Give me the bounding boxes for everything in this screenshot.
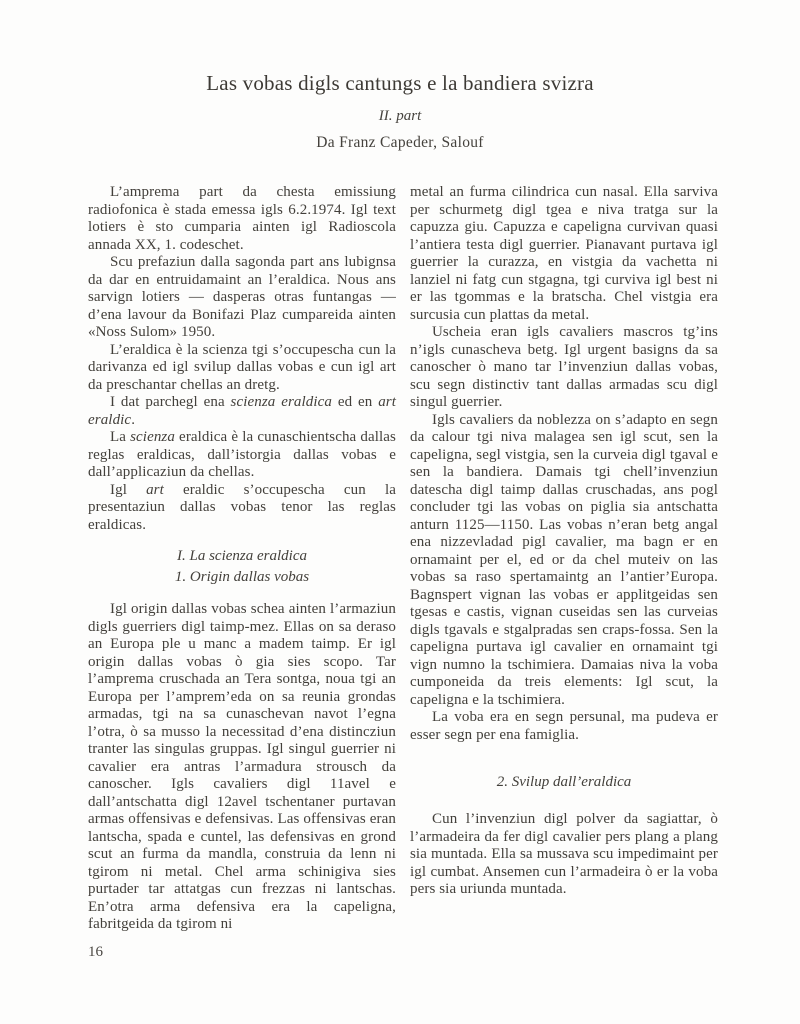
section-heading: 2. Svilup dall’eraldica [410, 773, 718, 792]
paragraph: I dat parchegl ena scienza eraldica ed e… [88, 394, 396, 429]
paragraph: L’eraldica è la scienza tgi s’occupescha… [88, 342, 396, 395]
paragraph: Igls cavaliers da noblezza on s’adapto e… [410, 412, 718, 710]
paragraph: La voba era en segn persunal, ma pudeva … [410, 709, 718, 744]
document-page: Las vobas digls cantungs e la bandiera s… [0, 0, 800, 1024]
right-column: metal an furma cilindrica cun nasal. Ell… [410, 184, 718, 934]
section-heading: I. La scienza eraldica [88, 547, 396, 566]
paragraph: Cun l’invenziun digl polver da sagiattar… [410, 811, 718, 899]
paragraph: Uscheia eran igls cavaliers mascros tg’i… [410, 324, 718, 412]
left-column: L’amprema part da chesta emissiung radio… [88, 184, 396, 934]
article-byline: Da Franz Capeder, Salouf [0, 134, 800, 152]
article-header: Las vobas digls cantungs e la bandiera s… [0, 71, 800, 152]
paragraph: La scienza eraldica è la cunaschientscha… [88, 429, 396, 482]
paragraph: Igl origin dallas vobas schea ainten l’a… [88, 601, 396, 934]
paragraph: L’amprema part da chesta emissiung radio… [88, 184, 396, 254]
article-title: Las vobas digls cantungs e la bandiera s… [0, 71, 800, 96]
article-subtitle: II. part [0, 108, 800, 125]
section-heading: 1. Origin dallas vobas [88, 568, 396, 587]
paragraph: Scu prefaziun dalla sagonda part ans lub… [88, 254, 396, 342]
paragraph: Igl art eraldic s’occupescha cun la pres… [88, 482, 396, 535]
text-columns: L’amprema part da chesta emissiung radio… [88, 184, 718, 934]
page-number: 16 [88, 944, 103, 961]
paragraph: metal an furma cilindrica cun nasal. Ell… [410, 184, 718, 324]
